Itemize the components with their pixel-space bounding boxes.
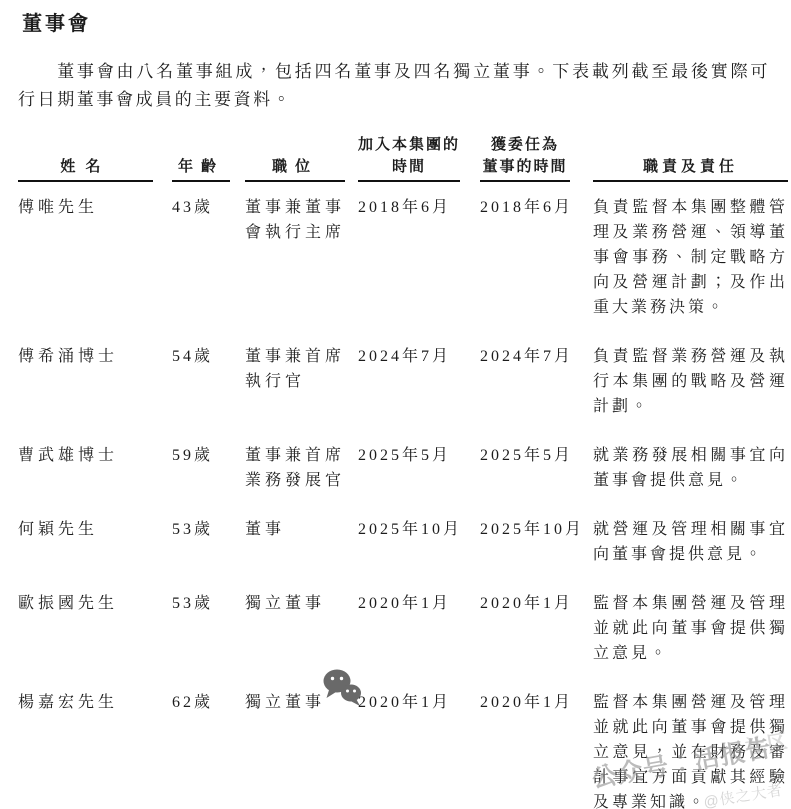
director-position: 董事 xyxy=(245,517,358,567)
column-header-appointed: 獲委任為 董事的時間 xyxy=(480,134,593,182)
table-row: 何穎先生 53歲 董事 2025年10月 2025年10月 就營運及管理相關事宜… xyxy=(18,517,788,567)
director-age: 54歲 xyxy=(172,344,245,419)
table-row: 曹武雄博士 59歲 董事兼首席業務發展官 2025年5月 2025年5月 就業務… xyxy=(18,443,788,493)
header-duties-label: 職責及責任 xyxy=(593,156,788,178)
director-age: 59歲 xyxy=(172,443,245,493)
director-joined-date: 2025年10月 xyxy=(358,517,480,567)
director-age: 53歲 xyxy=(172,591,245,666)
director-age: 53歲 xyxy=(172,517,245,567)
column-header-duties: 職責及責任 xyxy=(593,156,788,182)
prospectus-page: 董事會 董事會由八名董事組成，包括四名董事及四名獨立董事。下表載列截至最後實際可… xyxy=(0,0,788,809)
director-duties: 監督本集團營運及管理並就此向董事會提供獨立意見，並在財務及審計事宜方面貢獻其經驗… xyxy=(593,690,788,809)
header-joined-line1: 加入本集團的 xyxy=(358,134,460,156)
header-appointed-line2: 董事的時間 xyxy=(480,156,570,178)
table-row: 楊嘉宏先生 62歲 獨立董事 2020年1月 2020年1月 監督本集團營運及管… xyxy=(18,690,788,809)
table-row: 傅唯先生 43歲 董事兼董事會執行主席 2018年6月 2018年6月 負責監督… xyxy=(18,195,788,320)
director-appointed-date: 2025年10月 xyxy=(480,517,593,567)
director-joined-date: 2024年7月 xyxy=(358,344,480,419)
director-appointed-date: 2025年5月 xyxy=(480,443,593,493)
director-appointed-date: 2024年7月 xyxy=(480,344,593,419)
director-duties: 就營運及管理相關事宜向董事會提供意見。 xyxy=(593,517,788,567)
table-row: 歐振國先生 53歲 獨立董事 2020年1月 2020年1月 監督本集團營運及管… xyxy=(18,591,788,666)
director-name: 曹武雄博士 xyxy=(18,443,172,493)
director-name: 何穎先生 xyxy=(18,517,172,567)
header-name-label: 姓名 xyxy=(18,156,153,178)
header-position-label: 職位 xyxy=(245,156,345,178)
director-appointed-date: 2020年1月 xyxy=(480,690,593,809)
director-joined-date: 2020年1月 xyxy=(358,690,480,809)
board-of-directors-table: 姓名 年齡 職位 加入本集團的 時間 獲委任為 董事的時間 xyxy=(18,134,788,809)
table-row: 傅希涌博士 54歲 董事兼首席執行官 2024年7月 2024年7月 負責監督業… xyxy=(18,344,788,419)
director-duties: 負責監督本集團整體管理及業務營運、領導董事會事務、制定戰略方向及營運計劃；及作出… xyxy=(593,195,788,320)
header-appointed-line1: 獲委任為 xyxy=(480,134,570,156)
column-header-age: 年齡 xyxy=(172,156,245,182)
director-position: 董事兼首席執行官 xyxy=(245,344,358,419)
table-body: 傅唯先生 43歲 董事兼董事會執行主席 2018年6月 2018年6月 負責監督… xyxy=(18,195,788,809)
intro-paragraph: 董事會由八名董事組成，包括四名董事及四名獨立董事。下表載列截至最後實際可行日期董… xyxy=(18,58,770,114)
director-appointed-date: 2020年1月 xyxy=(480,591,593,666)
column-header-name: 姓名 xyxy=(18,156,172,182)
director-age: 62歲 xyxy=(172,690,245,809)
director-joined-date: 2020年1月 xyxy=(358,591,480,666)
page-title: 董事會 xyxy=(22,12,788,36)
director-position: 獨立董事 xyxy=(245,591,358,666)
column-header-position: 職位 xyxy=(245,156,358,182)
director-duties: 監督本集團營運及管理並就此向董事會提供獨立意見。 xyxy=(593,591,788,666)
director-name: 歐振國先生 xyxy=(18,591,172,666)
header-age-label: 年齡 xyxy=(172,156,230,178)
table-header-row: 姓名 年齡 職位 加入本集團的 時間 獲委任為 董事的時間 xyxy=(18,134,788,182)
director-name: 傅希涌博士 xyxy=(18,344,172,419)
director-age: 43歲 xyxy=(172,195,245,320)
director-name: 傅唯先生 xyxy=(18,195,172,320)
director-position: 獨立董事 xyxy=(245,690,358,809)
director-appointed-date: 2018年6月 xyxy=(480,195,593,320)
director-joined-date: 2018年6月 xyxy=(358,195,480,320)
director-duties: 負責監督業務營運及執行本集團的戰略及營運計劃。 xyxy=(593,344,788,419)
director-position: 董事兼首席業務發展官 xyxy=(245,443,358,493)
header-joined-line2: 時間 xyxy=(358,156,460,178)
director-duties: 就業務發展相關事宜向董事會提供意見。 xyxy=(593,443,788,493)
director-joined-date: 2025年5月 xyxy=(358,443,480,493)
director-position: 董事兼董事會執行主席 xyxy=(245,195,358,320)
column-header-joined: 加入本集團的 時間 xyxy=(358,134,480,182)
director-name: 楊嘉宏先生 xyxy=(18,690,172,809)
